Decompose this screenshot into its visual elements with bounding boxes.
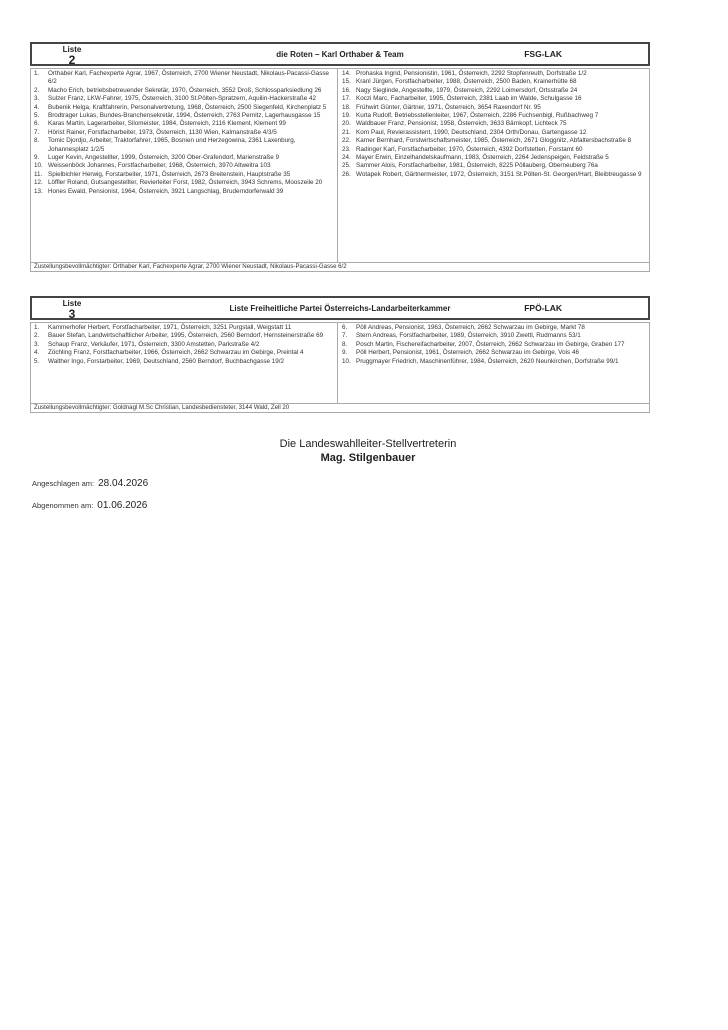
candidate-details: Macho Erich, betriebsbetreuender Sekretä…: [48, 87, 334, 95]
candidate-number: 4.: [34, 349, 48, 357]
candidate-entry: 4.Zöchling Franz, Forstfacharbeiter, 196…: [34, 349, 334, 357]
candidate-entry: 7.Hörist Rainer, Forstfacharbeiter, 1973…: [34, 129, 334, 137]
candidate-entry: 20.Waldbauer Franz, Pensionist, 1958, Ös…: [342, 120, 646, 128]
candidate-entry: 8.Tomic Djordjo, Arbeiter, Traktorfahrer…: [34, 137, 334, 154]
candidate-details: Posch Martin, Fischereifacharbeiter, 200…: [356, 341, 646, 349]
candidate-number: 12.: [34, 179, 48, 187]
candidate-entry: 2.Macho Erich, betriebsbetreuender Sekre…: [34, 87, 334, 95]
candidate-details: Walther Ingo, Forstarbeiter, 1969, Deuts…: [48, 358, 334, 366]
candidate-entry: 25.Sammer Alois, Forstfacharbeiter, 1981…: [342, 162, 646, 170]
list-abbreviation: FSG-LAK: [524, 49, 562, 59]
candidate-details: Korn Paul, Revierassistent, 1990, Deutsc…: [356, 129, 646, 137]
candidate-table: 1.Orthaber Karl, Fachexperte Agrar, 1967…: [30, 68, 650, 263]
candidate-details: Karas Martin, Lagerarbeiter, Silomeister…: [48, 120, 334, 128]
candidate-details: Wotapek Robert, Gärtnermeister, 1972, Ös…: [356, 171, 646, 179]
candidate-entry: 13.Hones Ewald, Pensionist, 1964, Österr…: [34, 188, 334, 196]
candidate-number: 17.: [342, 95, 356, 103]
candidate-details: Radinger Karl, Forstfacharbeiter, 1970, …: [356, 146, 646, 154]
removed-label: Abgenommen am:: [32, 501, 93, 510]
candidate-number: 18.: [342, 104, 356, 112]
candidate-number: 10.: [342, 358, 356, 366]
candidate-entry: 9.Pöll Herbert, Pensionist, 1961, Österr…: [342, 349, 646, 357]
candidate-column-right: 14.Prohaska Ingrid, Pensionistin, 1961, …: [338, 69, 649, 262]
candidate-details: Nagy Sieglinde, Angestellte, 1979, Öster…: [356, 87, 646, 95]
delegate-line: Zustellungsbevollmächtigter: Goldnagl M.…: [30, 404, 650, 413]
candidate-number: 6.: [342, 324, 356, 332]
candidate-number: 22.: [342, 137, 356, 145]
candidate-entry: 18.Frühwirt Günter, Gärtner, 1971, Öster…: [342, 104, 646, 112]
candidate-number: 3.: [34, 95, 48, 103]
candidate-number: 1.: [34, 324, 48, 332]
candidate-entry: 5.Walther Ingo, Forstarbeiter, 1969, Deu…: [34, 358, 334, 366]
removed-date: 01.06.2026: [97, 500, 147, 511]
candidate-entry: 3.Sulzer Franz, LKW-Fahrer, 1975, Österr…: [34, 95, 334, 103]
candidate-entry: 23.Radinger Karl, Forstfacharbeiter, 197…: [342, 146, 646, 154]
candidate-details: Stern Andreas, Forstfacharbeiter, 1989, …: [356, 332, 646, 340]
candidate-number: 16.: [342, 87, 356, 95]
candidate-number: 10.: [34, 162, 48, 170]
candidate-details: Schaup Franz, Verkäufer, 1971, Österreic…: [48, 341, 334, 349]
candidate-number: 11.: [34, 171, 48, 179]
candidate-details: Tomic Djordjo, Arbeiter, Traktorfahrer, …: [48, 137, 334, 154]
candidate-details: Sammer Alois, Forstfacharbeiter, 1981, Ö…: [356, 162, 646, 170]
signatory-name: Mag. Stilgenbauer: [268, 451, 468, 465]
candidate-entry: 15.Kranl Jürgen, Forstfacharbeiter, 1988…: [342, 78, 646, 86]
candidate-table: 1.Kammerhofer Herbert, Forstfacharbeiter…: [30, 322, 650, 404]
signatory-role: Die Landeswahlleiter-Stellvertreterin: [268, 437, 468, 451]
candidate-number: 8.: [342, 341, 356, 349]
candidate-number: 2.: [34, 87, 48, 95]
candidate-entry: 16.Nagy Sieglinde, Angestellte, 1979, Ös…: [342, 87, 646, 95]
list-header: Liste 2 die Roten – Karl Orthaber & Team…: [30, 42, 650, 66]
candidate-number: 21.: [342, 129, 356, 137]
candidate-entry: 1.Orthaber Karl, Fachexperte Agrar, 1967…: [34, 70, 334, 87]
candidate-entry: 10.Pruggmayer Friedrich, Maschinenführer…: [342, 358, 646, 366]
candidate-details: Sulzer Franz, LKW-Fahrer, 1975, Österrei…: [48, 95, 334, 103]
candidate-number: 20.: [342, 120, 356, 128]
candidate-number: 2.: [34, 332, 48, 340]
candidate-entry: 22.Karner Bernhard, Forstwirtschaftsmeis…: [342, 137, 646, 145]
candidate-number: 9.: [34, 154, 48, 162]
candidate-details: Hörist Rainer, Forstfacharbeiter, 1973, …: [48, 129, 334, 137]
candidate-entry: 21.Korn Paul, Revierassistent, 1990, Deu…: [342, 129, 646, 137]
signature-block: Die Landeswahlleiter-Stellvertreterin Ma…: [268, 437, 468, 465]
candidate-entry: 26.Wotapek Robert, Gärtnermeister, 1972,…: [342, 171, 646, 179]
posted-date: 28.04.2026: [98, 478, 148, 489]
candidate-number: 15.: [342, 78, 356, 86]
candidate-entry: 3.Schaup Franz, Verkäufer, 1971, Österre…: [34, 341, 334, 349]
candidate-number: 5.: [34, 112, 48, 120]
candidate-number: 7.: [342, 332, 356, 340]
candidate-number: 13.: [34, 188, 48, 196]
candidate-entry: 17.Koczi Marc, Facharbeiter, 1995, Öster…: [342, 95, 646, 103]
candidate-column-left: 1.Kammerhofer Herbert, Forstfacharbeiter…: [31, 323, 338, 403]
candidate-number: 19.: [342, 112, 356, 120]
candidate-number: 25.: [342, 162, 356, 170]
candidate-number: 4.: [34, 104, 48, 112]
candidate-details: Hones Ewald, Pensionist, 1964, Österreic…: [48, 188, 334, 196]
candidate-entry: 4.Bubenik Helga, Kraftfahrerin, Personal…: [34, 104, 334, 112]
candidate-details: Karner Bernhard, Forstwirtschaftsmeister…: [356, 137, 646, 145]
candidate-number: 8.: [34, 137, 48, 154]
candidate-number: 26.: [342, 171, 356, 179]
candidate-entry: 8.Posch Martin, Fischereifacharbeiter, 2…: [342, 341, 646, 349]
candidate-entry: 7.Stern Andreas, Forstfacharbeiter, 1989…: [342, 332, 646, 340]
candidate-details: Weissenböck Johannes, Forstfacharbeiter,…: [48, 162, 334, 170]
posted-label: Angeschlagen am:: [32, 479, 94, 488]
candidate-details: Löffler Roland, Gutsangestellter, Revier…: [48, 179, 334, 187]
candidate-details: Waldbauer Franz, Pensionist, 1958, Öster…: [356, 120, 646, 128]
candidate-number: 7.: [34, 129, 48, 137]
candidate-number: 24.: [342, 154, 356, 162]
candidate-details: Pruggmayer Friedrich, Maschinenführer, 1…: [356, 358, 646, 366]
candidate-details: Bauer Stefan, Landwirtschaftlicher Arbei…: [48, 332, 334, 340]
list-header: Liste 3 Liste Freiheitliche Partei Öster…: [30, 296, 650, 320]
candidate-details: Frühwirt Günter, Gärtner, 1971, Österrei…: [356, 104, 646, 112]
delegate-line: Zustellungsbevollmächtigter: Orthaber Ka…: [30, 263, 650, 272]
candidate-number: 3.: [34, 341, 48, 349]
candidate-details: Pöll Herbert, Pensionist, 1961, Österrei…: [356, 349, 646, 357]
candidate-entry: 10.Weissenböck Johannes, Forstfacharbeit…: [34, 162, 334, 170]
posted-date-row: Angeschlagen am: 28.04.2026: [32, 478, 148, 489]
candidate-entry: 12.Löffler Roland, Gutsangestellter, Rev…: [34, 179, 334, 187]
list-abbreviation: FPÖ-LAK: [524, 303, 562, 313]
candidate-number: 6.: [34, 120, 48, 128]
list-2-block: Liste 2 die Roten – Karl Orthaber & Team…: [30, 42, 650, 272]
candidate-number: 9.: [342, 349, 356, 357]
candidate-number: 23.: [342, 146, 356, 154]
candidate-entry: 6.Karas Martin, Lagerarbeiter, Silomeist…: [34, 120, 334, 128]
candidate-number: 5.: [34, 358, 48, 366]
candidate-details: Koczi Marc, Facharbeiter, 1995, Österrei…: [356, 95, 646, 103]
candidate-details: Bubenik Helga, Kraftfahrerin, Personalve…: [48, 104, 334, 112]
list-3-block: Liste 3 Liste Freiheitliche Partei Öster…: [30, 296, 650, 413]
candidate-column-left: 1.Orthaber Karl, Fachexperte Agrar, 1967…: [31, 69, 338, 262]
candidate-number: 14.: [342, 70, 356, 78]
candidate-entry: 2.Bauer Stefan, Landwirtschaftlicher Arb…: [34, 332, 334, 340]
candidate-details: Orthaber Karl, Fachexperte Agrar, 1967, …: [48, 70, 334, 87]
candidate-number: 1.: [34, 70, 48, 87]
candidate-details: Kranl Jürgen, Forstfacharbeiter, 1988, Ö…: [356, 78, 646, 86]
removed-date-row: Abgenommen am: 01.06.2026: [32, 500, 147, 511]
candidate-details: Zöchling Franz, Forstfacharbeiter, 1966,…: [48, 349, 334, 357]
candidate-column-right: 6.Pöll Andreas, Pensionist, 1963, Österr…: [338, 323, 649, 403]
